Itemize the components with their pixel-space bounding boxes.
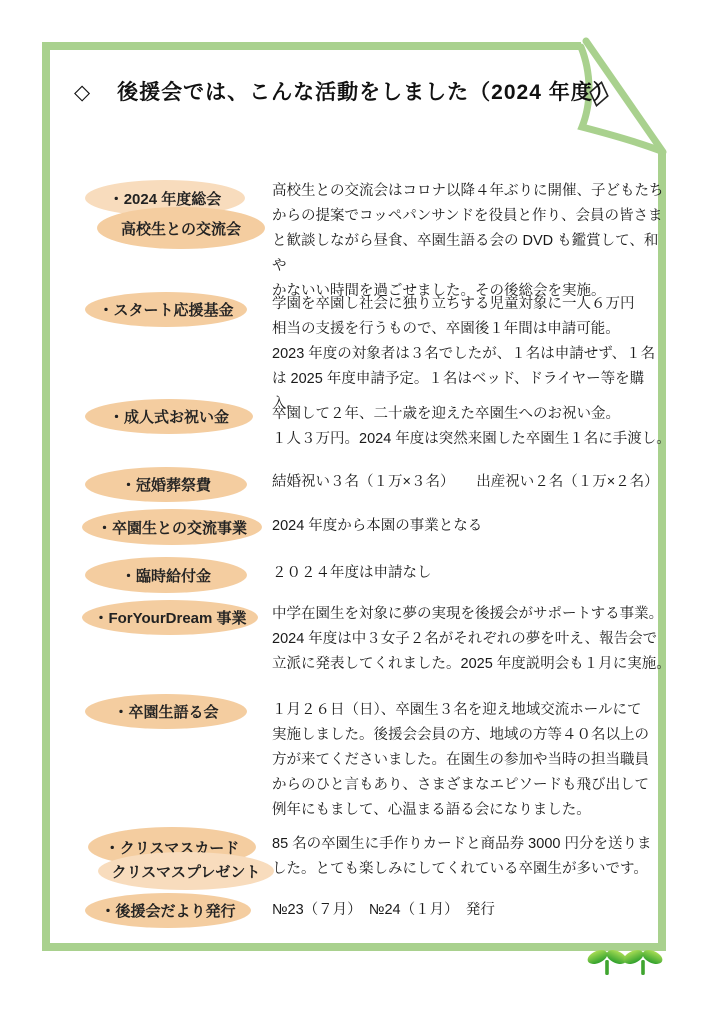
section-label-kankonsousai-hi: ・冠婚葬祭費 — [85, 467, 247, 502]
section-label-start-ouen-kikin: ・スタート応援基金 — [85, 292, 247, 327]
page-title: ◇後援会では、こんな活動をしました（2024 年度） — [74, 76, 615, 106]
title-diamond-icon: ◇ — [74, 81, 91, 104]
newsletter-page: ◇後援会では、こんな活動をしました（2024 年度） ・2024 年度総会 高校… — [0, 0, 724, 1024]
section-label-rinji-kyufukin: ・臨時給付金 — [85, 557, 247, 593]
section-body: 卒園して２年、二十歳を迎えた卒園生へのお祝い金。 １人３万円。2024 年度は突… — [272, 402, 672, 452]
sprout-icon — [621, 947, 664, 975]
section-body: 高校生との交流会はコロナ以降４年ぶりに開催、子どもたち からの提案でコッペパンサ… — [272, 179, 672, 304]
section-body: 2024 年度から本園の事業となる — [272, 514, 672, 539]
section-label-seijinshiki-oiwaikin: ・成人式お祝い金 — [85, 399, 253, 434]
section-body: №23（７月） №24（１月） 発行 — [272, 898, 672, 923]
section-label-koukousei-kouryukai: 高校生との交流会 — [97, 207, 265, 249]
sprout-icon — [585, 947, 628, 975]
section-label-sotsuensei-kataru-kai: ・卒園生語る会 — [85, 694, 247, 729]
page-title-text: 後援会では、こんな活動をしました（2024 年度） — [117, 81, 615, 104]
section-body: ２０２４年度は申請なし — [272, 561, 672, 586]
section-label-kouenkai-dayori-hakkou: ・後援会だより発行 — [85, 893, 251, 928]
section-body: １月２６日（日）、卒園生３名を迎え地域交流ホールにて 実施しました。後援会会員の… — [272, 698, 672, 823]
section-body: 結婚祝い３名（１万×３名） 出産祝い２名（１万×２名） — [272, 470, 672, 495]
section-label-christmas-present: クリスマスプレゼント — [98, 852, 274, 890]
section-body: 中学在園生を対象に夢の実現を後援会がサポートする事業。 2024 年度は中３女子… — [272, 602, 672, 677]
section-label-sotsuensei-kouryu-jigyou: ・卒園生との交流事業 — [82, 509, 262, 545]
section-body: 85 名の卒園生に手作りカードと商品券 3000 円分を送りま した。とても楽し… — [272, 832, 672, 882]
section-body: 学園を卒園し社会に独り立ちする児童対象に一人６万円 相当の支援を行うもので、卒園… — [272, 292, 672, 417]
section-label-foryourdream-jigyou: ・ForYourDream 事業 — [82, 600, 258, 635]
